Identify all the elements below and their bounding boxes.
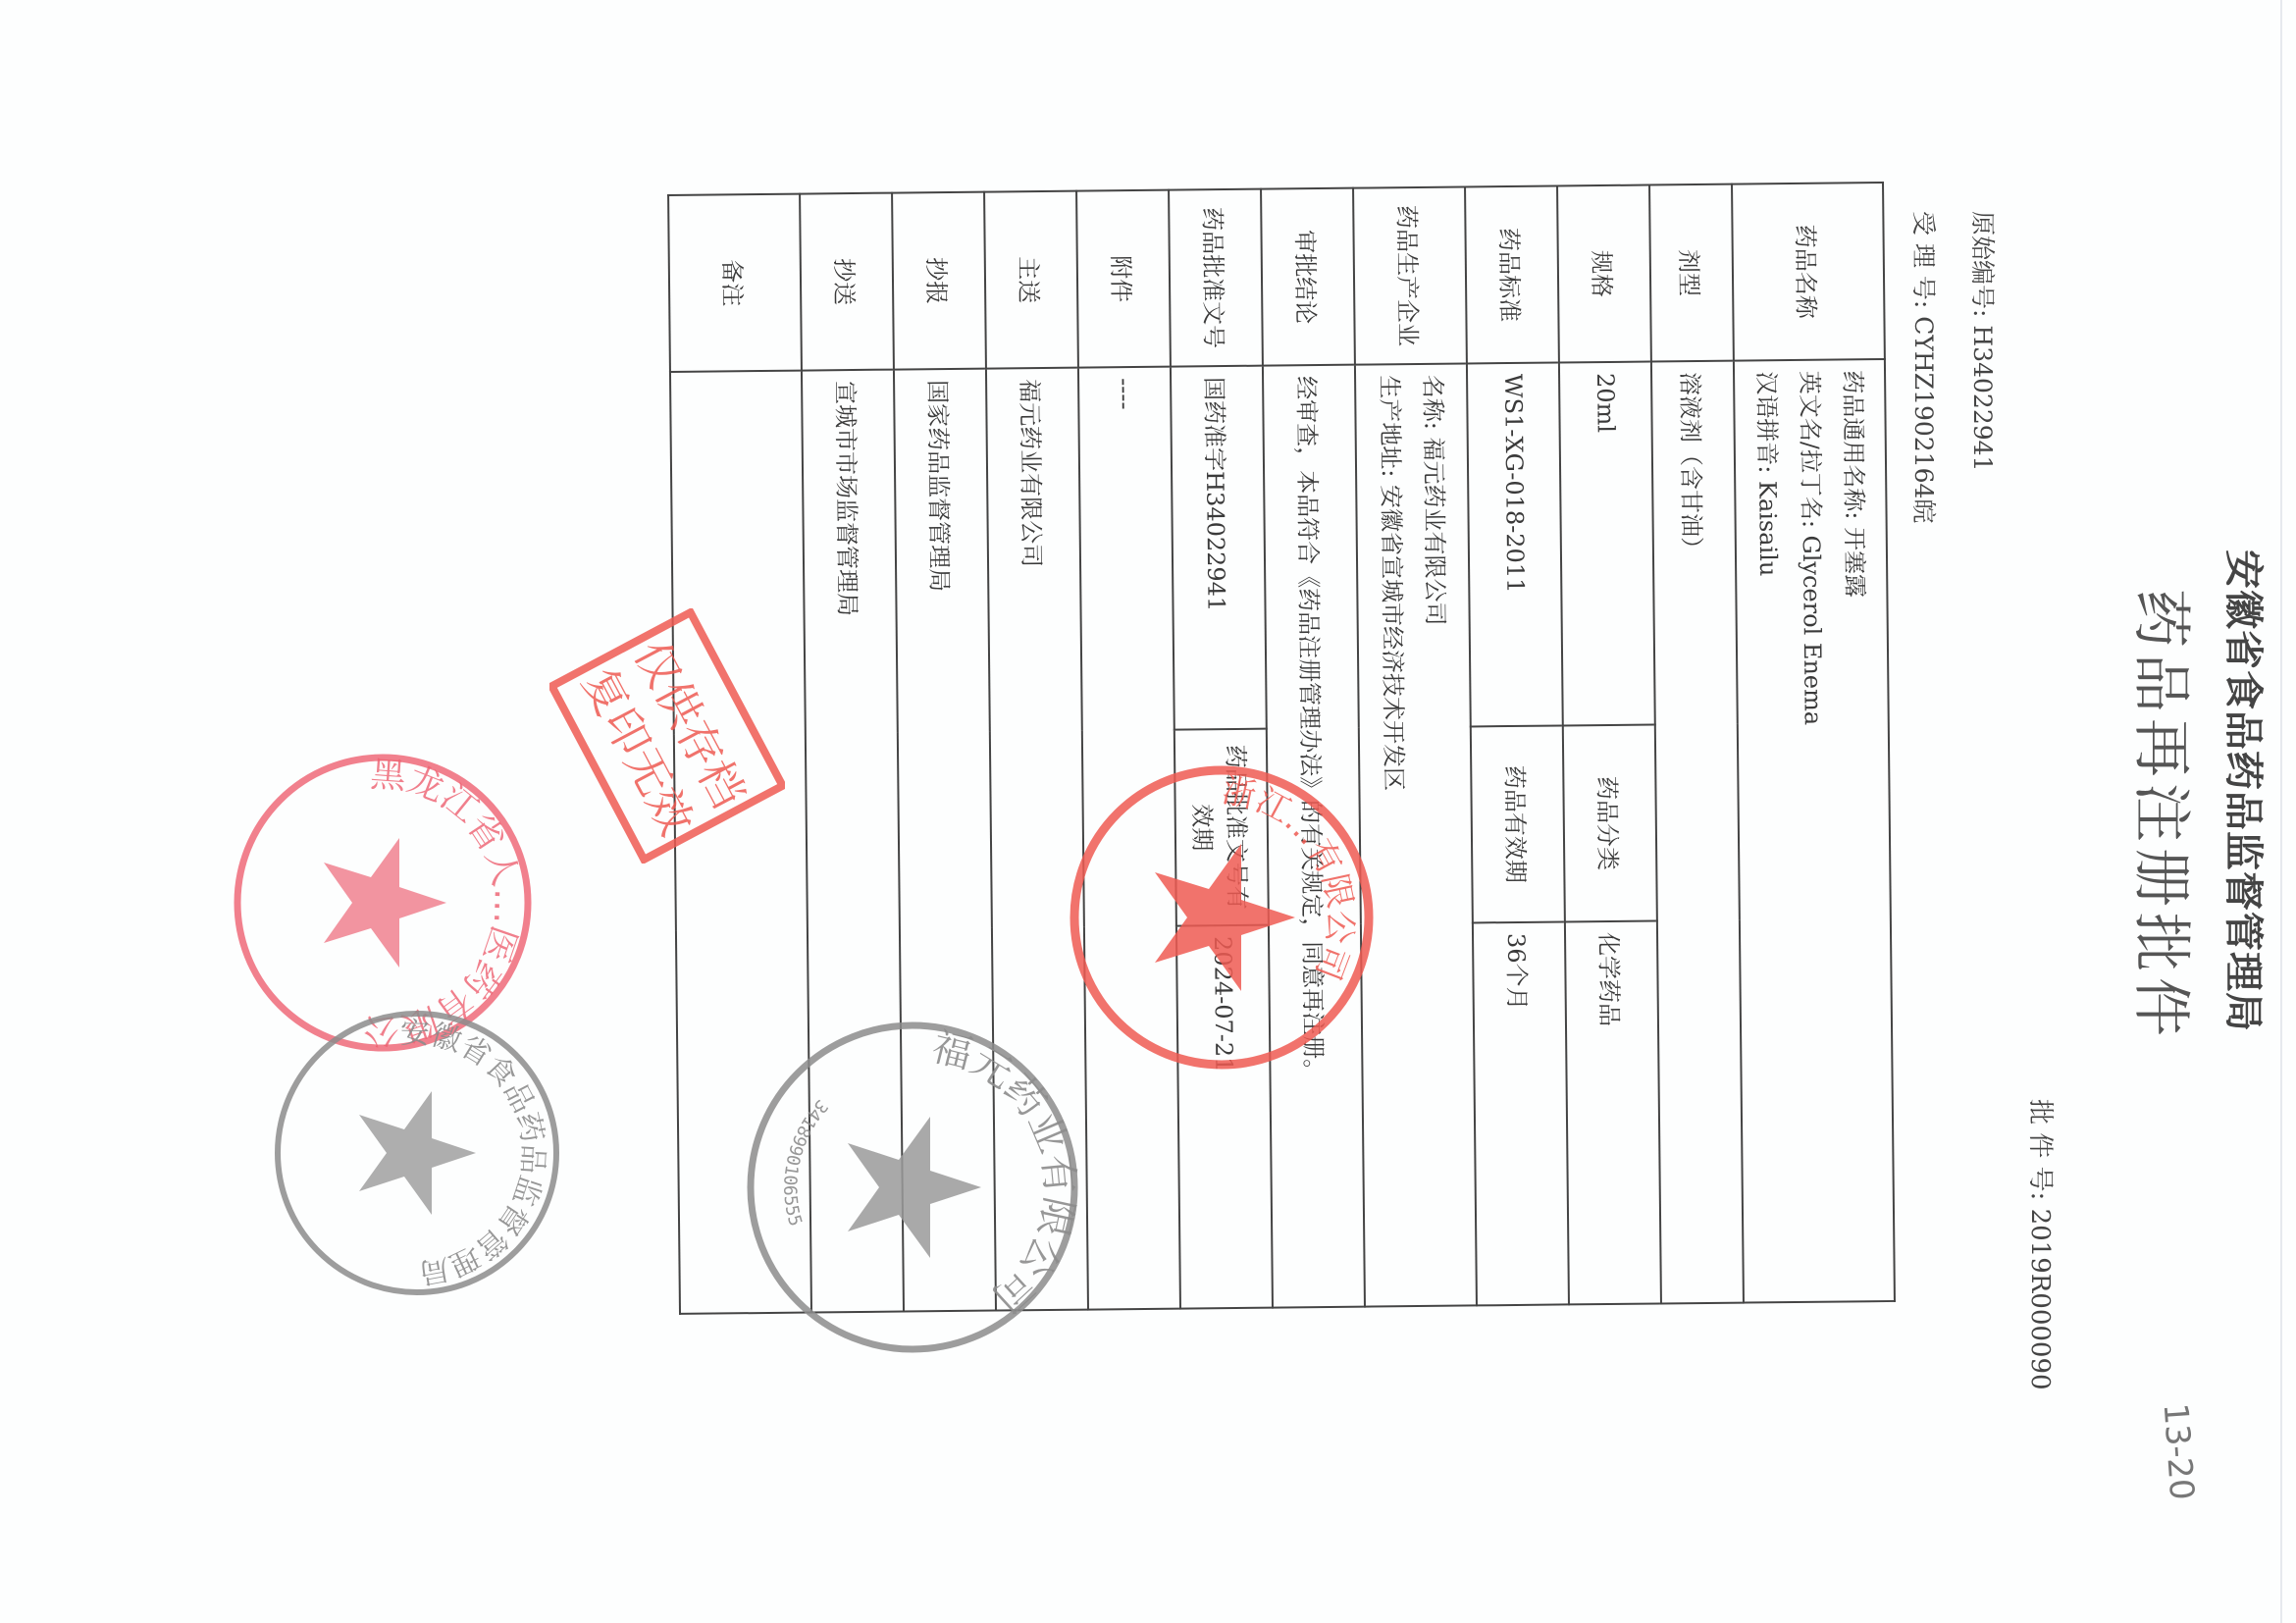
validity-value: 36个月 (1473, 921, 1569, 1305)
dosage-form-value: 溶液剂（含甘油） (1651, 361, 1744, 1304)
attachment-label: 附件 (1076, 190, 1171, 368)
issuing-agency: 安徽省食品药品监督管理局 (2218, 550, 2274, 1032)
approval-validity-value: 2024-07-21 (1176, 925, 1273, 1309)
row-report-to: 抄报 国家药品监督管理局 (892, 192, 996, 1312)
original-number: 原始编号: H34022941 (1966, 211, 2002, 471)
row-spec: 规格 20ml 药品分类 化学药品 (1557, 185, 1661, 1305)
validity-label: 药品有效期 (1471, 725, 1565, 922)
manufacturer-label: 药品生产企业 (1353, 186, 1467, 364)
attachment-value: ---- (1078, 367, 1180, 1310)
copy-to-value: 宣城市市场监督管理局 (802, 370, 904, 1313)
original-number-label: 原始编号: (1968, 211, 1997, 317)
row-dosage-form: 剂型 溶液剂（含甘油） (1649, 184, 1744, 1304)
document-title: 药品再注册批件 (2123, 589, 2208, 1042)
conclusion-label: 审批结论 (1261, 188, 1355, 366)
row-copy-to: 抄送 宣城市市场监督管理局 (800, 193, 904, 1313)
row-send-to: 主送 福元药业有限公司 (984, 191, 1088, 1311)
row-drug-name: 药品名称 药品通用名称: 开塞露 英文名/拉丁名: Glycerol Enema… (1732, 183, 1895, 1303)
acceptance-number-label: 受 理 号: (1909, 211, 1938, 308)
remarks-label: 备注 (668, 194, 802, 372)
row-attachment: 附件 ---- (1076, 190, 1180, 1310)
category-label: 药品分类 (1563, 724, 1657, 921)
approval-number-value: 国药准字H34022941 (1171, 366, 1267, 730)
send-to-value: 福元药业有限公司 (986, 368, 1088, 1311)
agency-round-stamp-gray: 安徽省食品药品监督管理局 (265, 1001, 569, 1305)
row-conclusion: 审批结论 经审查，本品符合《药品注册管理办法》的有关规定，同意再注册。 (1261, 188, 1365, 1308)
conclusion-value: 经审查，本品符合《药品注册管理办法》的有关规定，同意再注册。 (1263, 365, 1365, 1308)
report-to-label: 抄报 (892, 192, 986, 370)
original-number-value: H34022941 (1968, 325, 1997, 471)
send-to-label: 主送 (984, 191, 1078, 369)
standard-label: 药品标准 (1465, 185, 1559, 363)
category-value: 化学药品 (1565, 920, 1661, 1304)
approval-number-label: 药品批准文号 (1169, 189, 1263, 367)
registration-approval-page: 安徽省食品药品监督管理局 药品再注册批件 批 件 号: 2019R000090 … (0, 0, 2296, 1623)
manufacturer-value: 名称: 福元药业有限公司 生产地址: 安徽省宣城市经济技术开发区 (1355, 363, 1477, 1306)
approval-table: 药品名称 药品通用名称: 开塞露 英文名/拉丁名: Glycerol Enema… (667, 182, 1896, 1315)
heilongjiang-round-stamp: 黑龙江省人…医药有限公司 (226, 746, 540, 1060)
row-remarks: 备注 (668, 194, 811, 1314)
spec-label: 规格 (1557, 185, 1651, 363)
batch-number: 批 件 号: 2019R000090 (2024, 1099, 2061, 1390)
row-approval-number: 药品批准文号 国药准字H34022941 药品批准文号有效期 2024-07-2… (1169, 189, 1273, 1309)
row-standard: 药品标准 WS1-XG-018-2011 药品有效期 36个月 (1465, 185, 1569, 1305)
drug-name-label: 药品名称 (1732, 183, 1885, 361)
svg-text:安徽省食品药品监督管理局: 安徽省食品药品监督管理局 (400, 1017, 550, 1290)
approval-validity-label: 药品批准文号有效期 (1174, 729, 1269, 926)
remarks-value (670, 371, 811, 1314)
handwritten-page-note: 13-20 (2156, 1402, 2202, 1501)
dosage-form-label: 剂型 (1649, 184, 1734, 362)
drug-name-value: 药品通用名称: 开塞露 英文名/拉丁名: Glycerol Enema 汉语拼音… (1734, 359, 1895, 1303)
row-manufacturer: 药品生产企业 名称: 福元药业有限公司 生产地址: 安徽省宣城市经济技术开发区 (1353, 186, 1477, 1306)
standard-value: WS1-XG-018-2011 (1467, 362, 1563, 726)
copy-to-label: 抄送 (800, 193, 894, 371)
report-to-value: 国家药品监督管理局 (894, 369, 996, 1312)
svg-text:黑龙江省人…医药有限公司: 黑龙江省人…医药有限公司 (363, 746, 540, 1050)
batch-number-label: 批 件 号: (2025, 1099, 2055, 1200)
acceptance-number-value: CYHZ1902164皖 (1909, 316, 1938, 523)
batch-number-value: 2019R000090 (2025, 1209, 2055, 1390)
spec-value: 20ml (1559, 361, 1655, 725)
acceptance-number: 受 理 号: CYHZ1902164皖 (1907, 211, 1943, 523)
scan-edge (2280, 0, 2282, 1623)
